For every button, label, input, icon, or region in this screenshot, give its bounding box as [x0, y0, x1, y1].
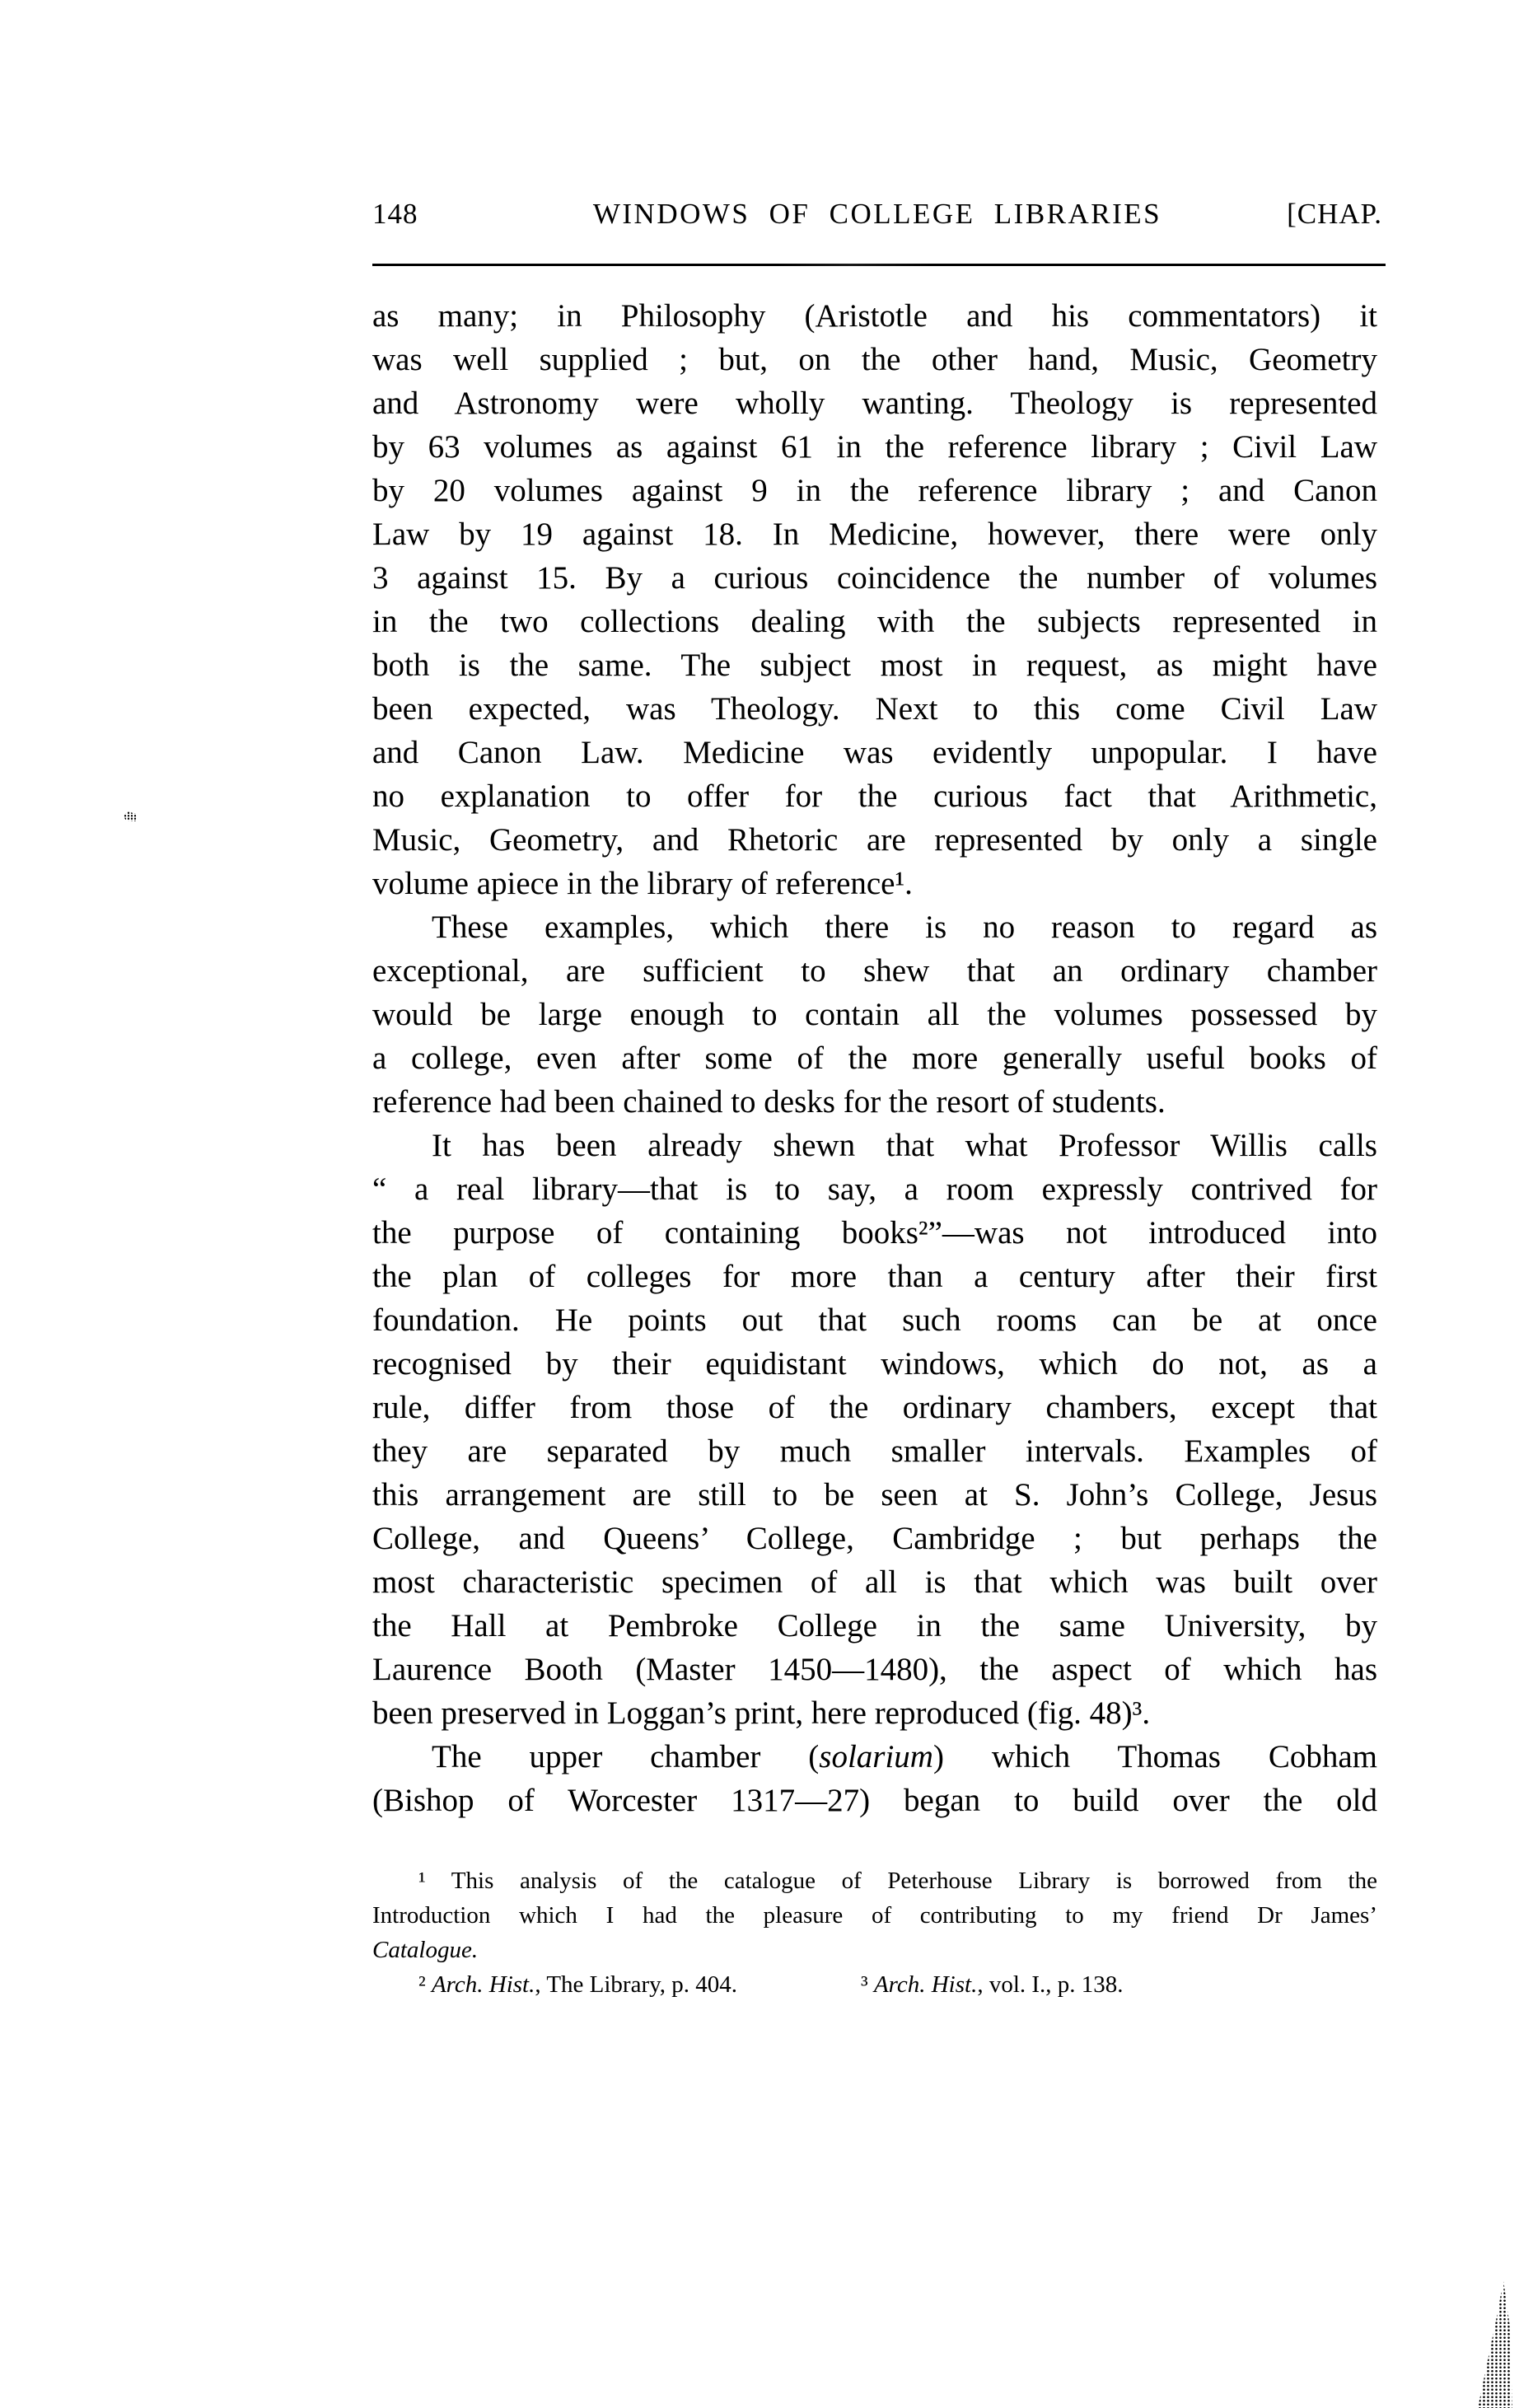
text-line: the plan of colleges for more than a cen…	[372, 1255, 1377, 1298]
text-line: foundation. He points out that such room…	[372, 1298, 1377, 1342]
page-edge-shadow-artifact	[1478, 2280, 1512, 2408]
footnote-2: ² Arch. Hist., The Library, p. 404.	[372, 1967, 737, 2002]
footnote-row: ² Arch. Hist., The Library, p. 404. ³ Ar…	[372, 1967, 1377, 2002]
text-line: no explanation to offer for the curious …	[372, 774, 1377, 818]
text-line: the purpose of containing books²”—was no…	[372, 1211, 1377, 1255]
text-line: (Bishop of Worcester 1317—27) began to b…	[372, 1779, 1377, 1822]
text-line: and Astronomy were wholly wanting. Theol…	[372, 381, 1377, 425]
text-line: this arrangement are still to be seen at…	[372, 1473, 1377, 1517]
paragraph: These examples, which there is no reason…	[372, 905, 1377, 1124]
paragraph: It has been already shewn that what Prof…	[372, 1124, 1377, 1735]
text-line: Laurence Booth (Master 1450—1480), the a…	[372, 1648, 1377, 1691]
text-line: Law by 19 against 18. In Medicine, howev…	[372, 512, 1377, 556]
text-line: Introduction which I had the pleasure of…	[372, 1898, 1377, 1933]
body-text: as many; in Philosophy (Aristotle and hi…	[372, 294, 1377, 1822]
chapter-label: [CHAP.	[1259, 198, 1382, 231]
text-line: College, and Queens’ College, Cambridge …	[372, 1517, 1377, 1560]
page-number: 148	[372, 198, 496, 231]
text-line: These examples, which there is no reason…	[372, 905, 1377, 949]
paragraph: The upper chamber (solarium) which Thoma…	[372, 1735, 1377, 1822]
text-line: most characteristic specimen of all is t…	[372, 1560, 1377, 1604]
text-line: a college, even after some of the more g…	[372, 1036, 1377, 1080]
paragraph: as many; in Philosophy (Aristotle and hi…	[372, 294, 1377, 905]
text-line: by 63 volumes as against 61 in the refer…	[372, 425, 1377, 469]
text-line: both is the same. The subject most in re…	[372, 643, 1377, 687]
text-line: It has been already shewn that what Prof…	[372, 1124, 1377, 1167]
text-line: ¹ This analysis of the catalogue of Pete…	[372, 1863, 1377, 1898]
text-line: been preserved in Loggan’s print, here r…	[372, 1691, 1377, 1735]
running-header: 148 WINDOWS OF COLLEGE LIBRARIES [CHAP.	[372, 198, 1382, 231]
text-line: would be large enough to contain all the…	[372, 993, 1377, 1036]
text-line: 3 against 15. By a curious coincidence t…	[372, 556, 1377, 600]
text-line: the Hall at Pembroke College in the same…	[372, 1604, 1377, 1648]
text-line: reference had been chained to desks for …	[372, 1080, 1377, 1124]
text-line: as many; in Philosophy (Aristotle and hi…	[372, 294, 1377, 338]
text-line: they are separated by much smaller inter…	[372, 1429, 1377, 1473]
running-title: WINDOWS OF COLLEGE LIBRARIES	[496, 198, 1259, 231]
footnotes: ¹ This analysis of the catalogue of Pete…	[372, 1863, 1377, 2002]
text-line: The upper chamber (solarium) which Thoma…	[372, 1735, 1377, 1779]
text-line: been expected, was Theology. Next to thi…	[372, 687, 1377, 731]
text-line: rule, differ from those of the ordinary …	[372, 1386, 1377, 1429]
text-line: Catalogue.	[372, 1933, 1377, 1967]
text-line: was well supplied ; but, on the other ha…	[372, 338, 1377, 381]
text-line: volume apiece in the library of referenc…	[372, 862, 1377, 905]
text-line: in the two collections dealing with the …	[372, 600, 1377, 643]
text-line: by 20 volumes against 9 in the reference…	[372, 469, 1377, 512]
book-page-scan: 148 WINDOWS OF COLLEGE LIBRARIES [CHAP. …	[0, 0, 1519, 2408]
text-line: and Canon Law. Medicine was evidently un…	[372, 731, 1377, 774]
ink-speckle-artifact	[124, 811, 138, 821]
footnote-3: ³ Arch. Hist., vol. I., p. 138.	[861, 1967, 1124, 2002]
footnote-1: ¹ This analysis of the catalogue of Pete…	[372, 1863, 1377, 1967]
text-line: “ a real library—that is to say, a room …	[372, 1167, 1377, 1211]
text-line: Music, Geometry, and Rhetoric are repres…	[372, 818, 1377, 862]
header-rule	[372, 264, 1386, 266]
text-line: recognised by their equidistant windows,…	[372, 1342, 1377, 1386]
text-line: exceptional, are sufficient to shew that…	[372, 949, 1377, 993]
